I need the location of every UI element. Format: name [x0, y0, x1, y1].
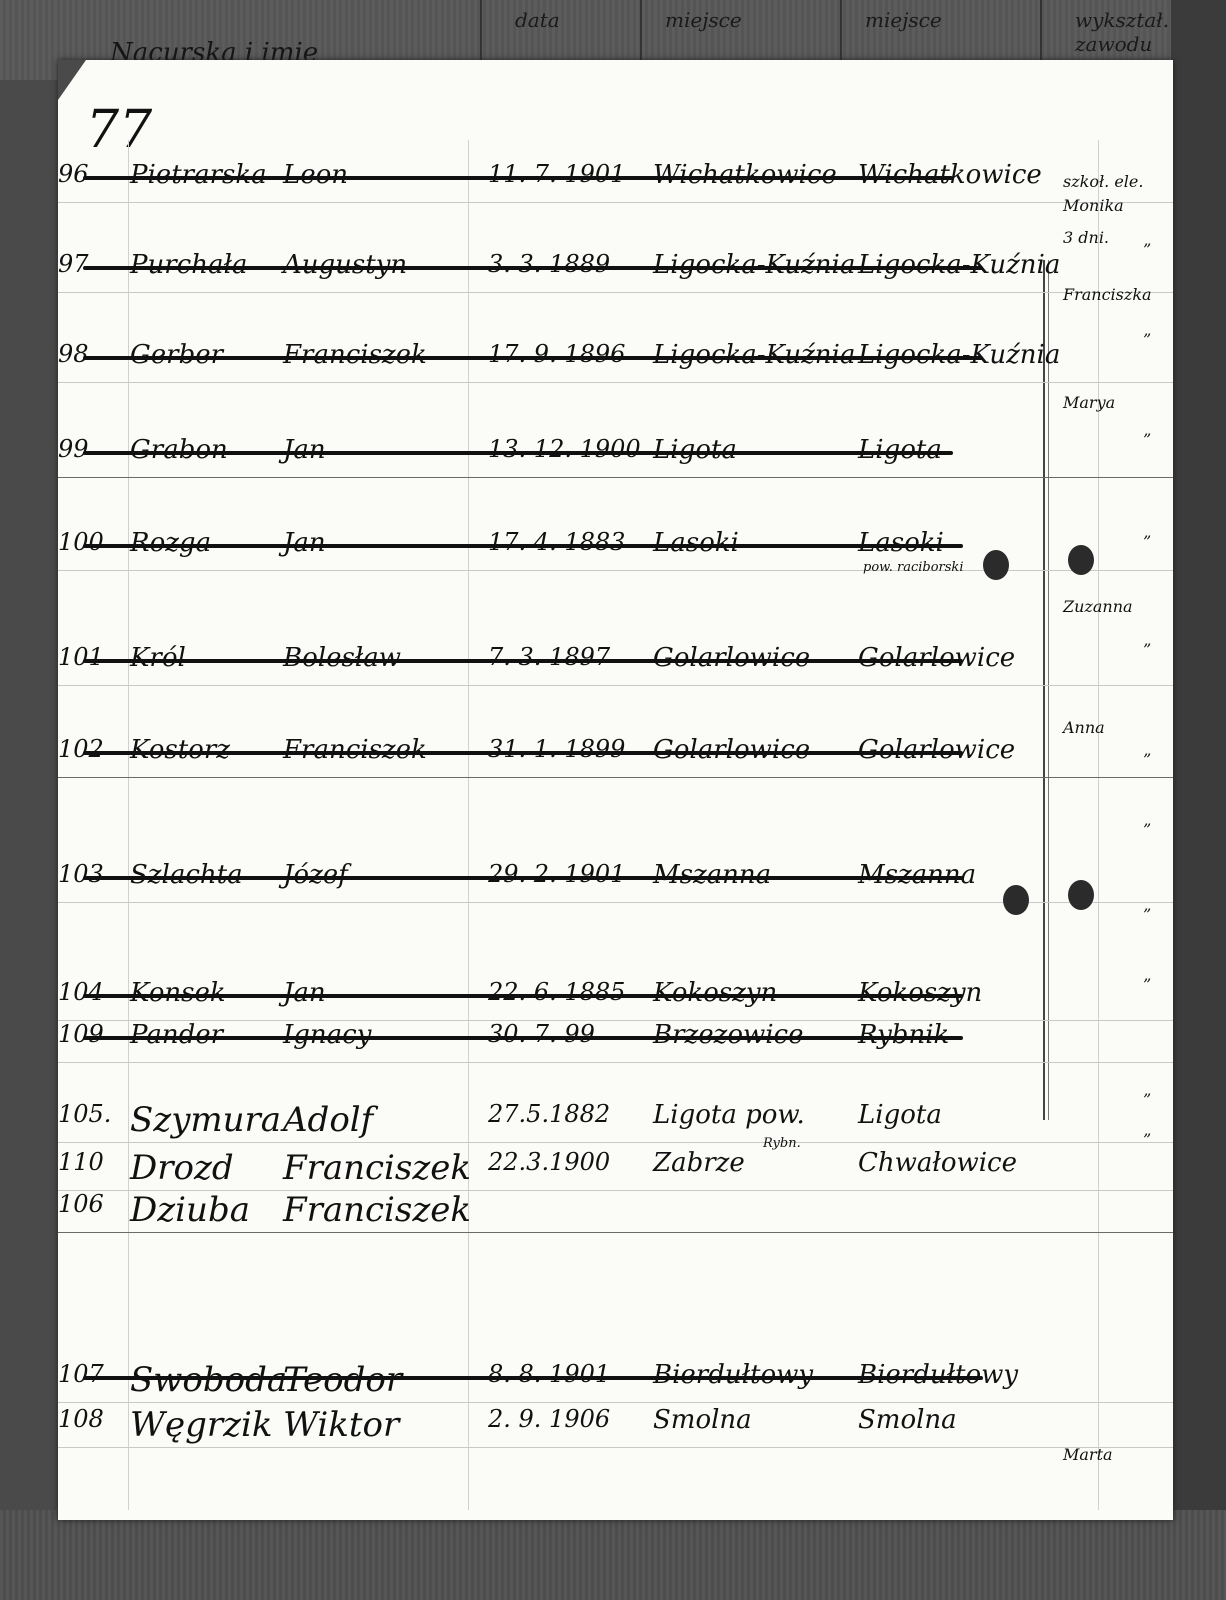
margin-note: ” [1143, 240, 1151, 259]
register-entry: 105.SzymuraAdolf27.5.1882Ligota pow.Ligo… [58, 1100, 1058, 1150]
strikethrough-line [83, 994, 963, 998]
entry-number: 103 [58, 860, 126, 888]
entry-given-name: Augustyn [283, 250, 407, 280]
entry-birth-date: 2. 9. 1906 [488, 1405, 610, 1433]
entry-place-birth: Smolna [653, 1405, 752, 1435]
entry-given-name: Franciszek [283, 1148, 471, 1188]
entry-surname: Grabon [130, 435, 228, 465]
strikethrough-line [83, 876, 963, 880]
entry-place-residence: Ligocka-Kuźnia [858, 340, 1060, 370]
entry-given-name: Bolesław [283, 643, 401, 673]
margin-note: Monika [1063, 196, 1124, 215]
entry-birth-date: 7. 3. 1897 [488, 643, 610, 671]
entry-place-residence: Kokoszyn [858, 978, 982, 1008]
entry-place-birth: Ligocka-Kuźnia [653, 250, 855, 280]
entry-birth-date: 30. 7. 99 [488, 1020, 595, 1048]
entry-surname: Drozd [130, 1148, 234, 1188]
strikethrough-line [83, 266, 983, 270]
entry-place-birth: Zabrze [653, 1148, 745, 1178]
entry-number: 98 [58, 340, 126, 368]
entry-surname: Purchała [130, 250, 247, 280]
entry-surname: Kostorz [130, 735, 230, 765]
entry-given-name: Ignacy [283, 1020, 371, 1050]
header-place-birth: miejsce [665, 8, 742, 32]
entry-surname: Dziuba [130, 1190, 250, 1230]
entry-place-residence: Chwałowice [858, 1148, 1017, 1178]
register-entry: 102KostorzFranciszek31. 1. 1899Golarlowi… [58, 735, 1058, 785]
entry-birth-date: 29. 2. 1901 [488, 860, 625, 888]
margin-note: Marta [1063, 1445, 1113, 1464]
entry-given-name: Wiktor [283, 1405, 399, 1445]
strikethrough-line [83, 544, 963, 548]
margin-note: ” [1143, 820, 1151, 839]
ink-blot [1068, 545, 1094, 575]
register-entry: 109PanderIgnacy30. 7. 99BrzezowiceRybnik [58, 1020, 1058, 1070]
register-entry: 96PietrarskaLeon11. 7. 1901WichatkowiceW… [58, 160, 1058, 210]
entry-given-name: Adolf [283, 1100, 373, 1140]
entry-given-name: Franciszek [283, 1190, 471, 1230]
margin-note: Marya [1063, 393, 1115, 412]
entry-place-birth: Wichatkowice [653, 160, 837, 190]
ink-blot [1068, 880, 1094, 910]
scan-edge-shadow [1171, 0, 1226, 1600]
margin-note: ” [1143, 750, 1151, 769]
register-entry: 99GrabonJan13. 12. 1900LigotaLigota [58, 435, 1058, 485]
margin-note: ” [1143, 532, 1151, 551]
header-place-residence: miejsce [865, 8, 942, 32]
margin-note: ” [1143, 330, 1151, 349]
entry-given-name: Jan [283, 435, 326, 465]
entry-place-residence: Ligocka-Kuźnia [858, 250, 1060, 280]
entry-number: 99 [58, 435, 126, 463]
entry-surname: Swoboda [130, 1360, 287, 1400]
register-entry: 103SzlachtaJózef29. 2. 1901MszannaMszann… [58, 860, 1058, 910]
entry-surname: Szlachta [130, 860, 243, 890]
strikethrough-line [83, 751, 963, 755]
page-number: 77 [86, 100, 152, 160]
entry-birth-date: 22.3.1900 [488, 1148, 610, 1176]
entry-place-residence: Lasoki [858, 528, 944, 558]
entry-given-name: Józef [283, 860, 348, 890]
entry-given-name: Leon [283, 160, 348, 190]
entry-number: 106 [58, 1190, 126, 1218]
register-entry: 98GerberFranciszek17. 9. 1896Ligocka-Kuź… [58, 340, 1058, 390]
entry-birth-date: 17. 4. 1883 [488, 528, 625, 556]
ink-blot [983, 550, 1009, 580]
entry-place-birth: Kokoszyn [653, 978, 777, 1008]
strikethrough-line [83, 356, 983, 360]
strikethrough-line [83, 451, 953, 455]
entry-surname: Rozga [130, 528, 211, 558]
entry-birth-date: 11. 7. 1901 [488, 160, 625, 188]
strikethrough-line [83, 659, 963, 663]
entry-birth-date: 27.5.1882 [488, 1100, 610, 1128]
folded-corner [58, 60, 86, 100]
entry-place-residence: Golarlowice [858, 735, 1015, 765]
entry-number: 110 [58, 1148, 126, 1176]
entry-place-residence: Golarlowice [858, 643, 1015, 673]
entry-surname: Pietrarska [130, 160, 267, 190]
entry-place-residence: Ligota [858, 435, 942, 465]
entry-number: 105. [58, 1100, 126, 1128]
entry-surname: Szymura [130, 1100, 281, 1140]
entry-birth-date: 8. 8. 1901 [488, 1360, 610, 1388]
entry-number: 102 [58, 735, 126, 763]
margin-note: ” [1143, 975, 1151, 994]
register-page: 77 96PietrarskaLeon11. 7. 1901Wichatkowi… [58, 60, 1173, 1520]
entry-number: 109 [58, 1020, 126, 1048]
margin-note: 3 dni. [1063, 228, 1109, 247]
strikethrough-line [83, 1376, 983, 1380]
register-entry: 107SwobodaTeodor8. 8. 1901BierdułtowyBie… [58, 1360, 1058, 1410]
entry-place-birth: Bierdułtowy [653, 1360, 813, 1390]
register-entry: 106DziubaFranciszek [58, 1190, 1058, 1240]
entry-surname: Pander [130, 1020, 223, 1050]
entry-birth-date: 3. 3. 1889 [488, 250, 610, 278]
entry-surname: Węgrzik [130, 1405, 272, 1445]
entry-place-residence: Bierdułtowy [858, 1360, 1018, 1390]
entry-birth-date: 17. 9. 1896 [488, 340, 625, 368]
margin-note: ” [1143, 430, 1151, 449]
entry-place-birth: Brzezowice [653, 1020, 804, 1050]
entry-place-birth: Lasoki [653, 528, 739, 558]
margin-note: ” [1143, 1130, 1151, 1149]
strikethrough-line [83, 176, 953, 180]
entry-surname: Konsek [130, 978, 226, 1008]
entry-given-name: Jan [283, 978, 326, 1008]
entry-place-residence: Smolna [858, 1405, 957, 1435]
entry-number: 108 [58, 1405, 126, 1433]
scan-background [0, 1510, 1226, 1600]
entry-number: 97 [58, 250, 126, 278]
register-entry: 97PurchałaAugustyn3. 3. 1889Ligocka-Kuźn… [58, 250, 1058, 300]
entry-place-birth: Golarlowice [653, 735, 810, 765]
entry-number: 107 [58, 1360, 126, 1388]
margin-note: Franciszka [1063, 285, 1152, 304]
register-entry: 101KrólBolesław7. 3. 1897GolarlowiceGola… [58, 643, 1058, 693]
entry-place-birth: Golarlowice [653, 643, 810, 673]
margin-note: ” [1143, 905, 1151, 924]
margin-note: Zuzanna [1063, 597, 1133, 616]
entry-place-birth: Ligocka-Kuźnia [653, 340, 855, 370]
strikethrough-line [83, 1036, 963, 1040]
margin-note: szkoł. ele. [1063, 172, 1143, 191]
margin-note: ” [1143, 1090, 1151, 1109]
entry-number: 104 [58, 978, 126, 1006]
entry-place-residence: Ligota [858, 1100, 942, 1130]
entry-birth-date: 31. 1. 1899 [488, 735, 625, 763]
entry-surname: Król [130, 643, 186, 673]
entry-number: 96 [58, 160, 126, 188]
entry-birth-date: 22. 6. 1885 [488, 978, 625, 1006]
header-date: data [515, 8, 560, 32]
register-entry: 100RozgaJan17. 4. 1883LasokiLasokipow. r… [58, 528, 1058, 578]
entry-given-name: Franciszek [283, 340, 427, 370]
entry-place-residence: Wichatkowice [858, 160, 1042, 190]
entry-number: 101 [58, 643, 126, 671]
entry-given-name: Franciszek [283, 735, 427, 765]
residence-note: pow. raciborski [863, 560, 963, 575]
entry-surname: Gerber [130, 340, 223, 370]
register-entry: 108WęgrzikWiktor2. 9. 1906SmolnaSmolna [58, 1405, 1058, 1455]
entry-place-residence: Rybnik [858, 1020, 949, 1050]
margin-note: ” [1143, 640, 1151, 659]
entry-place-birth: Ligota pow. [653, 1100, 805, 1130]
entry-birth-date: 13. 12. 1900 [488, 435, 641, 463]
entry-given-name: Teodor [283, 1360, 402, 1400]
entry-place-birth: Mszanna [653, 860, 771, 890]
entry-given-name: Jan [283, 528, 326, 558]
entry-number: 100 [58, 528, 126, 556]
entry-place-residence: Mszanna [858, 860, 976, 890]
margin-note: Anna [1063, 718, 1105, 737]
column-divider [1098, 140, 1099, 1510]
ink-blot [1003, 885, 1029, 915]
entry-place-birth: Ligota [653, 435, 737, 465]
